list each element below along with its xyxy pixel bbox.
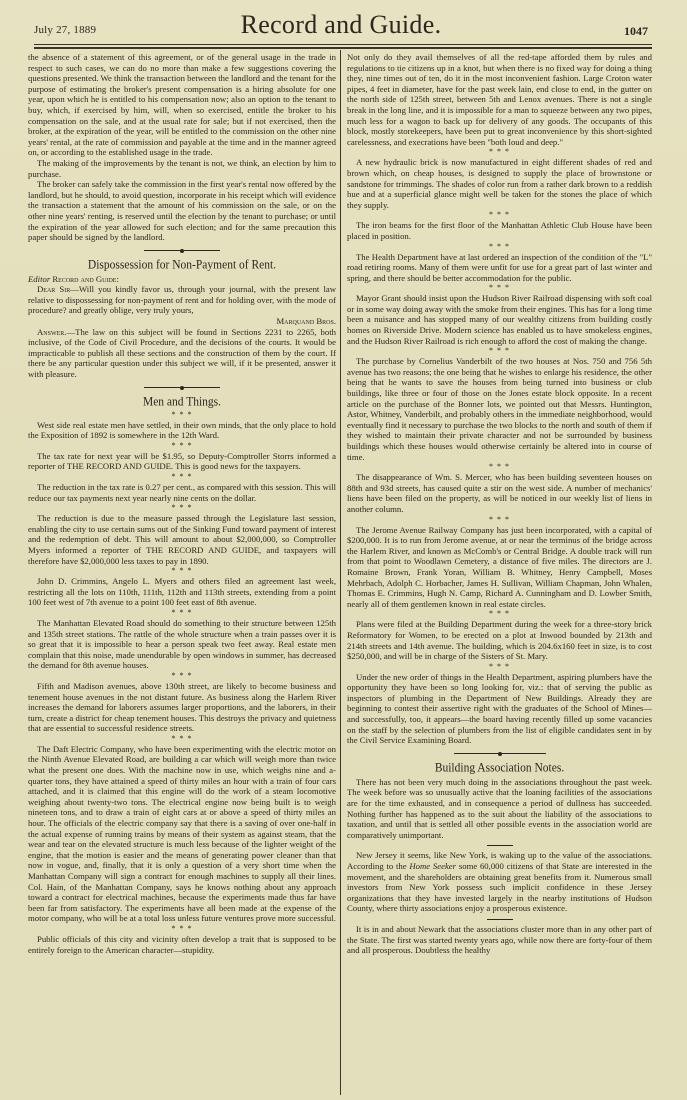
answer-body: Answer.—The law on this subject will be … <box>28 327 336 380</box>
news-item: The Health Department have at last order… <box>347 252 652 284</box>
asterism: * * * <box>347 148 652 156</box>
letter-body: Dear Sir—Will you kindly favor us, throu… <box>28 284 336 326</box>
news-item: The iron beams for the first floor of th… <box>347 220 652 241</box>
letter-text: —Will you kindly favor us, through your … <box>28 284 336 315</box>
section-heading-men-and-things: Men and Things. <box>28 394 336 409</box>
news-item: Under the new order of things in the Hea… <box>347 672 652 746</box>
masthead-rule <box>34 44 652 45</box>
section-divider <box>28 249 336 253</box>
asterism: * * * <box>347 243 652 251</box>
asterism: * * * <box>28 609 336 617</box>
news-item: The Jerome Avenue Railway Company has ju… <box>347 525 652 610</box>
short-rule <box>487 919 513 920</box>
section-heading-building-association: Building Association Notes. <box>347 760 652 775</box>
short-rule <box>487 845 513 846</box>
article-paragraph: the absence of a statement of this agree… <box>28 52 336 158</box>
news-item: Fifth and Madison avenues, above 130th s… <box>28 681 336 734</box>
article-paragraph: The broker can safely take the commissio… <box>28 179 336 243</box>
news-item: Plans were filed at the Building Departm… <box>347 619 652 661</box>
salutation-editor: Editor <box>28 274 50 284</box>
asterism: * * * <box>28 411 336 419</box>
asterism: * * * <box>347 516 652 524</box>
asterism: * * * <box>347 347 652 355</box>
asterism: * * * <box>347 463 652 471</box>
asterism: * * * <box>347 610 652 618</box>
association-paragraph: New Jersey it seems, like New York, is w… <box>347 850 652 914</box>
asterism: * * * <box>28 925 336 933</box>
letter-signature: Marquand Bros. <box>28 316 336 327</box>
news-item: The reduction is due to the measure pass… <box>28 513 336 566</box>
news-item: The disappearance of Wm. S. Mercer, who … <box>347 472 652 514</box>
masthead-rule-thick <box>34 47 652 49</box>
right-column: Not only do they avail themselves of all… <box>347 52 652 1097</box>
association-paragraph: It is in and about Newark that the assoc… <box>347 924 652 956</box>
news-item: A new hydraulic brick is now manufacture… <box>347 157 652 210</box>
news-item: The Daft Electric Company, who have been… <box>28 744 336 924</box>
asterism: * * * <box>28 504 336 512</box>
column-separator <box>340 50 341 1095</box>
asterism: * * * <box>347 663 652 671</box>
left-column: the absence of a statement of this agree… <box>28 52 336 1097</box>
section-divider <box>28 386 336 390</box>
newspaper-page: July 27, 1889 Record and Guide. 1047 the… <box>0 0 687 1100</box>
section-divider <box>347 752 652 756</box>
news-item: Not only do they avail themselves of all… <box>347 52 652 147</box>
answer-lead: Answer. <box>37 327 66 337</box>
news-item: West side real estate men have settled, … <box>28 420 336 441</box>
news-item: The Manhattan Elevated Road should do so… <box>28 618 336 671</box>
news-item: The reduction in the tax rate is 0.27 pe… <box>28 482 336 503</box>
asterism: * * * <box>28 672 336 680</box>
news-item: The tax rate for next year will be $1.95… <box>28 451 336 472</box>
news-item: Mayor Grant should insist upon the Hudso… <box>347 293 652 346</box>
asterism: * * * <box>347 284 652 292</box>
news-item: The purchase by Cornelius Vanderbilt of … <box>347 356 652 462</box>
news-item: John D. Crimmins, Angelo L. Myers and ot… <box>28 576 336 608</box>
asterism: * * * <box>28 735 336 743</box>
publication-title: Record and Guide. <box>34 10 648 40</box>
letter-salutation: Editor Record and Guide: <box>28 274 336 285</box>
masthead: July 27, 1889 Record and Guide. 1047 <box>34 14 648 42</box>
letter-lead: Dear Sir <box>37 284 70 294</box>
asterism: * * * <box>28 567 336 575</box>
news-item: Public officials of this city and vicini… <box>28 934 336 955</box>
page-number: 1047 <box>624 24 648 39</box>
section-heading-dispossession: Dispossession for Non-Payment of Rent. <box>28 257 336 272</box>
article-paragraph: The making of the improvements by the te… <box>28 158 336 179</box>
association-paragraph: There has not been very much doing in th… <box>347 777 652 841</box>
answer-text: —The law on this subject will be found i… <box>28 327 336 379</box>
publication-name: Home Seeker <box>409 861 456 871</box>
asterism: * * * <box>28 442 336 450</box>
asterism: * * * <box>28 473 336 481</box>
asterism: * * * <box>347 211 652 219</box>
salutation-paper: Record and Guide: <box>52 274 119 284</box>
